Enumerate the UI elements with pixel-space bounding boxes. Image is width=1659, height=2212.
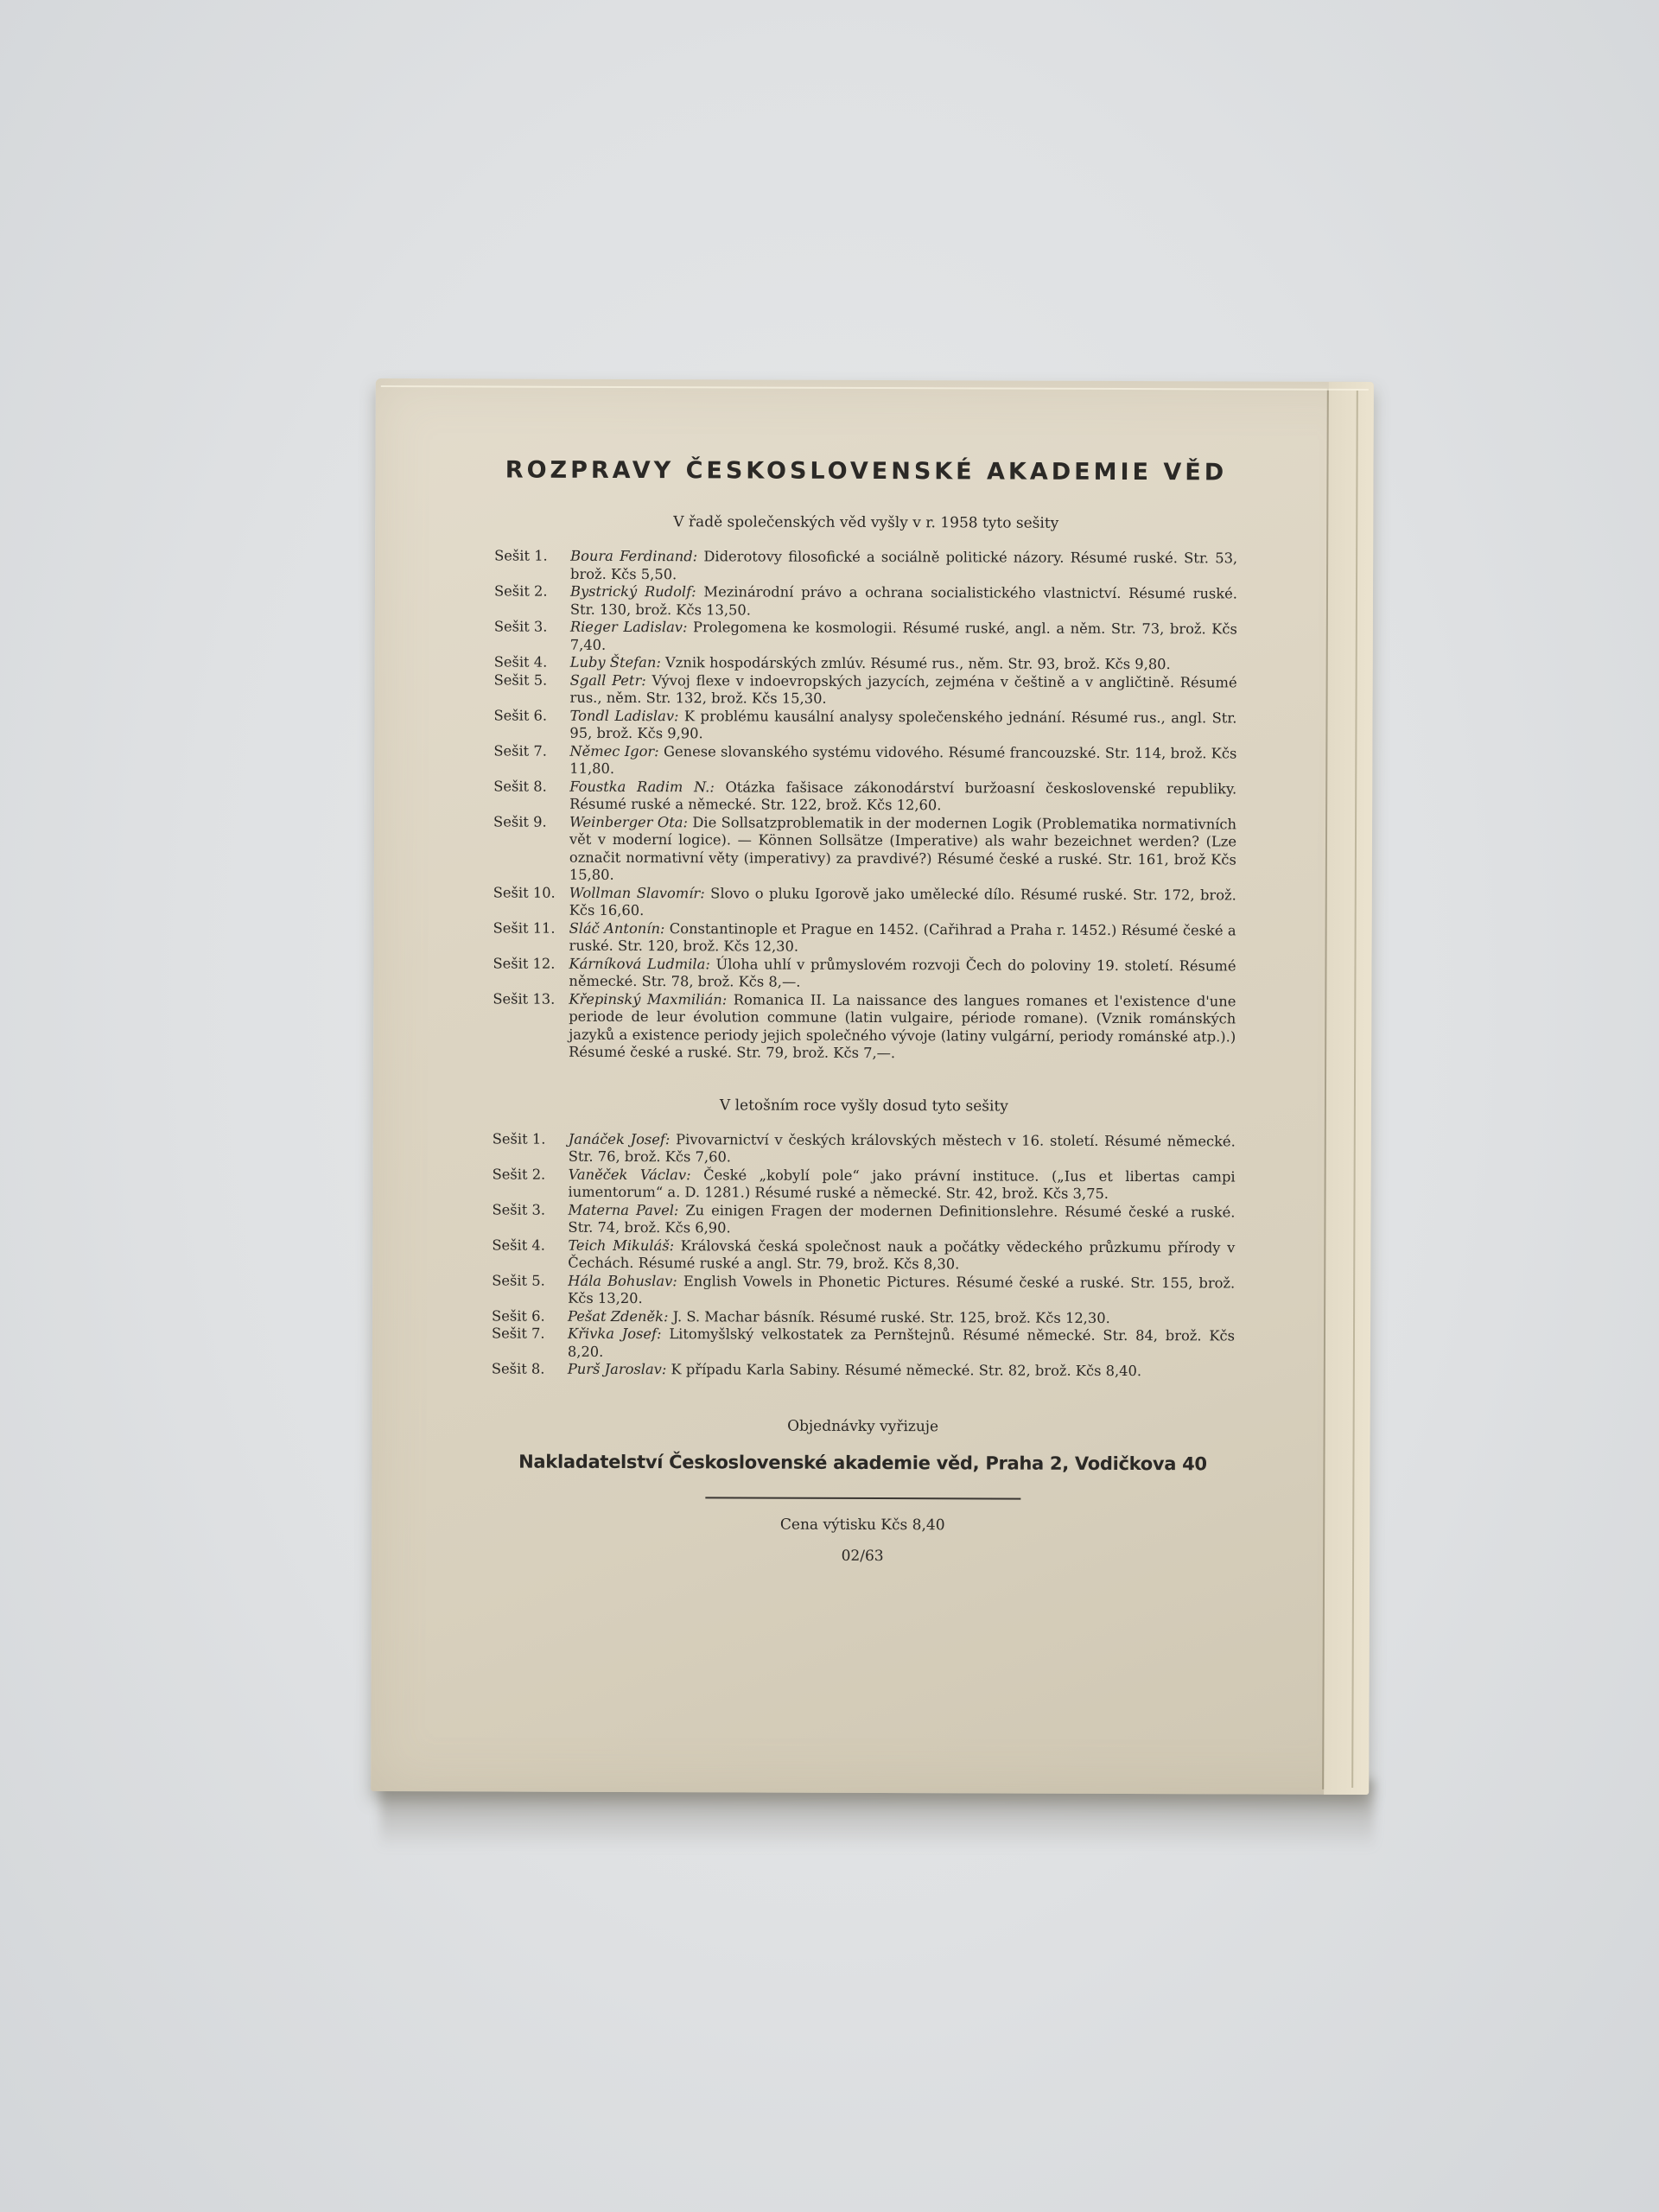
entry-author: Bystrický Rudolf: xyxy=(570,583,696,601)
entry-body: Kárníková Ludmila: Úloha uhlí v průmyslo… xyxy=(569,955,1236,993)
list-item: Sešit 8.Purš Jaroslav: K případu Karla S… xyxy=(492,1360,1235,1381)
entry-author: Křivka Josef: xyxy=(568,1325,662,1342)
issue-number: Sešit 5. xyxy=(492,1272,568,1307)
list-item: Sešit 9.Weinberger Ota: Die Sollsatzprob… xyxy=(493,813,1236,887)
list-item: Sešit 1.Janáček Josef: Pivovarnictví v č… xyxy=(493,1130,1236,1168)
issue-number: Sešit 1. xyxy=(494,547,570,582)
list-item: Sešit 12.Kárníková Ludmila: Úloha uhlí v… xyxy=(493,955,1236,993)
entry-author: Luby Štefan: xyxy=(570,654,661,671)
issue-number: Sešit 7. xyxy=(492,1325,568,1360)
entry-body: Sláč Antonín: Constantinople et Prague e… xyxy=(569,919,1236,957)
issue-number: Sešit 6. xyxy=(493,707,569,742)
divider xyxy=(705,1497,1020,1499)
spine-strip xyxy=(1324,382,1374,1795)
issue-number: Sešit 10. xyxy=(493,884,569,919)
entry-author: Hála Bohuslav: xyxy=(568,1272,677,1288)
entry-body: Němec Igor: Genese slovanského systému v… xyxy=(569,742,1236,780)
issue-number: Sešit 2. xyxy=(494,582,570,618)
list-item: Sešit 3.Rieger Ladislav: Prolegomena ke … xyxy=(494,618,1237,656)
entry-body: Sgall Petr: Vývoj flexe v indoevropských… xyxy=(570,671,1237,709)
entry-body: Pešat Zdeněk: J. S. Machar básník. Résum… xyxy=(568,1307,1235,1327)
list-item: Sešit 5.Hála Bohuslav: English Vowels in… xyxy=(492,1272,1235,1310)
entry-description: Litomyšlský velkostatek za Pernštejnů. R… xyxy=(568,1325,1235,1359)
entry-author: Materna Pavel: xyxy=(568,1201,678,1217)
entry-description: Vývoj flexe v indoevropských jazycích, z… xyxy=(570,672,1237,707)
list-item: Sešit 1.Boura Ferdinand: Diderotovy filo… xyxy=(494,547,1237,585)
section-2-list: Sešit 1.Janáček Josef: Pivovarnictví v č… xyxy=(492,1130,1236,1381)
issue-number: Sešit 4. xyxy=(494,653,570,671)
entry-description: Vznik hospodárských zmlúv. Résumé rus., … xyxy=(661,654,1171,672)
entry-description: Constantinople et Prague en 1452. (Cařih… xyxy=(569,920,1236,955)
top-edge xyxy=(381,385,1369,391)
entry-description: K případu Karla Sabiny. Résumé německé. … xyxy=(666,1361,1141,1379)
entry-author: Křepinský Maxmilián: xyxy=(569,990,727,1007)
entry-author: Kárníková Ludmila: xyxy=(569,955,709,972)
entry-body: Křepinský Maxmilián: Romanica II. La nai… xyxy=(569,990,1236,1064)
issue-number: Sešit 2. xyxy=(493,1166,569,1201)
list-item: Sešit 13.Křepinský Maxmilián: Romanica I… xyxy=(493,990,1236,1064)
entry-body: Materna Pavel: Zu einigen Fragen der mod… xyxy=(568,1201,1235,1239)
entry-author: Boura Ferdinand: xyxy=(570,548,697,565)
print-code: 02/63 xyxy=(491,1546,1234,1566)
issue-number: Sešit 1. xyxy=(493,1130,569,1166)
entry-author: Janáček Josef: xyxy=(569,1130,671,1147)
issue-number: Sešit 6. xyxy=(492,1307,568,1325)
list-item: Sešit 11.Sláč Antonín: Constantinople et… xyxy=(493,919,1236,957)
entry-body: Wollman Slavomír: Slovo o pluku Igorově … xyxy=(569,884,1236,922)
entry-author: Tondl Ladislav: xyxy=(569,707,678,723)
entry-author: Weinberger Ota: xyxy=(569,813,688,829)
booklet-back-cover: ROZPRAVY ČESKOSLOVENSKÉ AKADEMIE VĚD V ř… xyxy=(371,378,1374,1795)
issue-number: Sešit 8. xyxy=(492,1360,568,1378)
entry-author: Rieger Ladislav: xyxy=(570,619,688,635)
entry-body: Rieger Ladislav: Prolegomena ke kosmolog… xyxy=(570,619,1237,657)
entry-author: Teich Mikuláš: xyxy=(568,1236,674,1253)
issue-number: Sešit 3. xyxy=(494,618,570,653)
list-item: Sešit 2.Vaněček Václav: České „kobylí po… xyxy=(493,1166,1236,1204)
list-item: Sešit 6.Tondl Ladislav: K problému kausá… xyxy=(493,707,1236,745)
page-title: ROZPRAVY ČESKOSLOVENSKÉ AKADEMIE VĚD xyxy=(494,456,1237,486)
section-2-heading: V letošním roce vyšly dosud tyto sešity xyxy=(493,1096,1236,1116)
entry-author: Němec Igor: xyxy=(569,742,658,759)
entry-body: Foustka Radim N.: Otázka fašisace zákono… xyxy=(569,778,1236,816)
list-item: Sešit 7.Křivka Josef: Litomyšlský velkos… xyxy=(492,1325,1235,1363)
entry-description: J. S. Machar básník. Résumé ruské. Str. … xyxy=(669,1308,1110,1326)
entry-author: Vaněček Václav: xyxy=(569,1166,691,1182)
entry-body: Teich Mikuláš: Královská česká společnos… xyxy=(568,1236,1235,1274)
entry-body: Bystrický Rudolf: Mezinárodní právo a oc… xyxy=(570,583,1237,621)
issue-number: Sešit 13. xyxy=(493,990,569,1061)
issue-number: Sešit 11. xyxy=(493,919,569,955)
issue-number: Sešit 12. xyxy=(493,955,569,990)
section-1-list: Sešit 1.Boura Ferdinand: Diderotovy filo… xyxy=(493,547,1237,1063)
section-1-heading: V řadě společenských věd vyšly v r. 1958… xyxy=(494,512,1237,532)
page-content: ROZPRAVY ČESKOSLOVENSKÉ AKADEMIE VĚD V ř… xyxy=(491,456,1237,1565)
entry-body: Janáček Josef: Pivovarnictví v českých k… xyxy=(569,1130,1236,1168)
entry-body: Weinberger Ota: Die Sollsatzproblematik … xyxy=(569,813,1236,887)
list-item: Sešit 10.Wollman Slavomír: Slovo o pluku… xyxy=(493,884,1236,922)
issue-number: Sešit 8. xyxy=(493,778,569,813)
entry-description: Genese slovanského systému vidového. Rés… xyxy=(569,743,1236,777)
issue-number: Sešit 4. xyxy=(492,1236,568,1272)
entry-author: Sgall Petr: xyxy=(570,671,646,688)
entry-body: Tondl Ladislav: K problému kausální anal… xyxy=(569,707,1236,745)
issue-number: Sešit 3. xyxy=(492,1201,568,1236)
list-item: Sešit 2.Bystrický Rudolf: Mezinárodní pr… xyxy=(494,582,1237,620)
entry-body: Luby Štefan: Vznik hospodárských zmlúv. … xyxy=(570,654,1237,674)
orders-label: Objednávky vyřizuje xyxy=(492,1416,1235,1436)
entry-author: Purš Jaroslav: xyxy=(568,1361,667,1377)
entry-author: Pešat Zdeněk: xyxy=(568,1307,669,1324)
entry-author: Foustka Radim N.: xyxy=(569,778,715,795)
entry-body: Křivka Josef: Litomyšlský velkostatek za… xyxy=(568,1325,1235,1363)
issue-number: Sešit 5. xyxy=(494,671,570,707)
issue-number: Sešit 9. xyxy=(493,813,569,884)
entry-author: Wollman Slavomír: xyxy=(569,884,705,901)
price: Cena výtisku Kčs 8,40 xyxy=(491,1515,1234,1535)
publisher-address: Nakladatelství Československé akademie v… xyxy=(491,1451,1234,1474)
issue-number: Sešit 7. xyxy=(493,742,569,778)
entry-body: Vaněček Václav: České „kobylí pole“ jako… xyxy=(569,1166,1236,1204)
list-item: Sešit 7.Němec Igor: Genese slovanského s… xyxy=(493,742,1236,780)
entry-body: Boura Ferdinand: Diderotovy filosofické … xyxy=(570,548,1237,586)
list-item: Sešit 3.Materna Pavel: Zu einigen Fragen… xyxy=(492,1201,1235,1239)
entry-body: Hála Bohuslav: English Vowels in Phoneti… xyxy=(568,1272,1235,1310)
list-item: Sešit 5.Sgall Petr: Vývoj flexe v indoev… xyxy=(494,671,1237,709)
entry-author: Sláč Antonín: xyxy=(569,919,665,936)
entry-body: Purš Jaroslav: K případu Karla Sabiny. R… xyxy=(568,1361,1235,1381)
list-item: Sešit 4.Teich Mikuláš: Královská česká s… xyxy=(492,1236,1235,1274)
list-item: Sešit 8.Foustka Radim N.: Otázka fašisac… xyxy=(493,778,1236,816)
